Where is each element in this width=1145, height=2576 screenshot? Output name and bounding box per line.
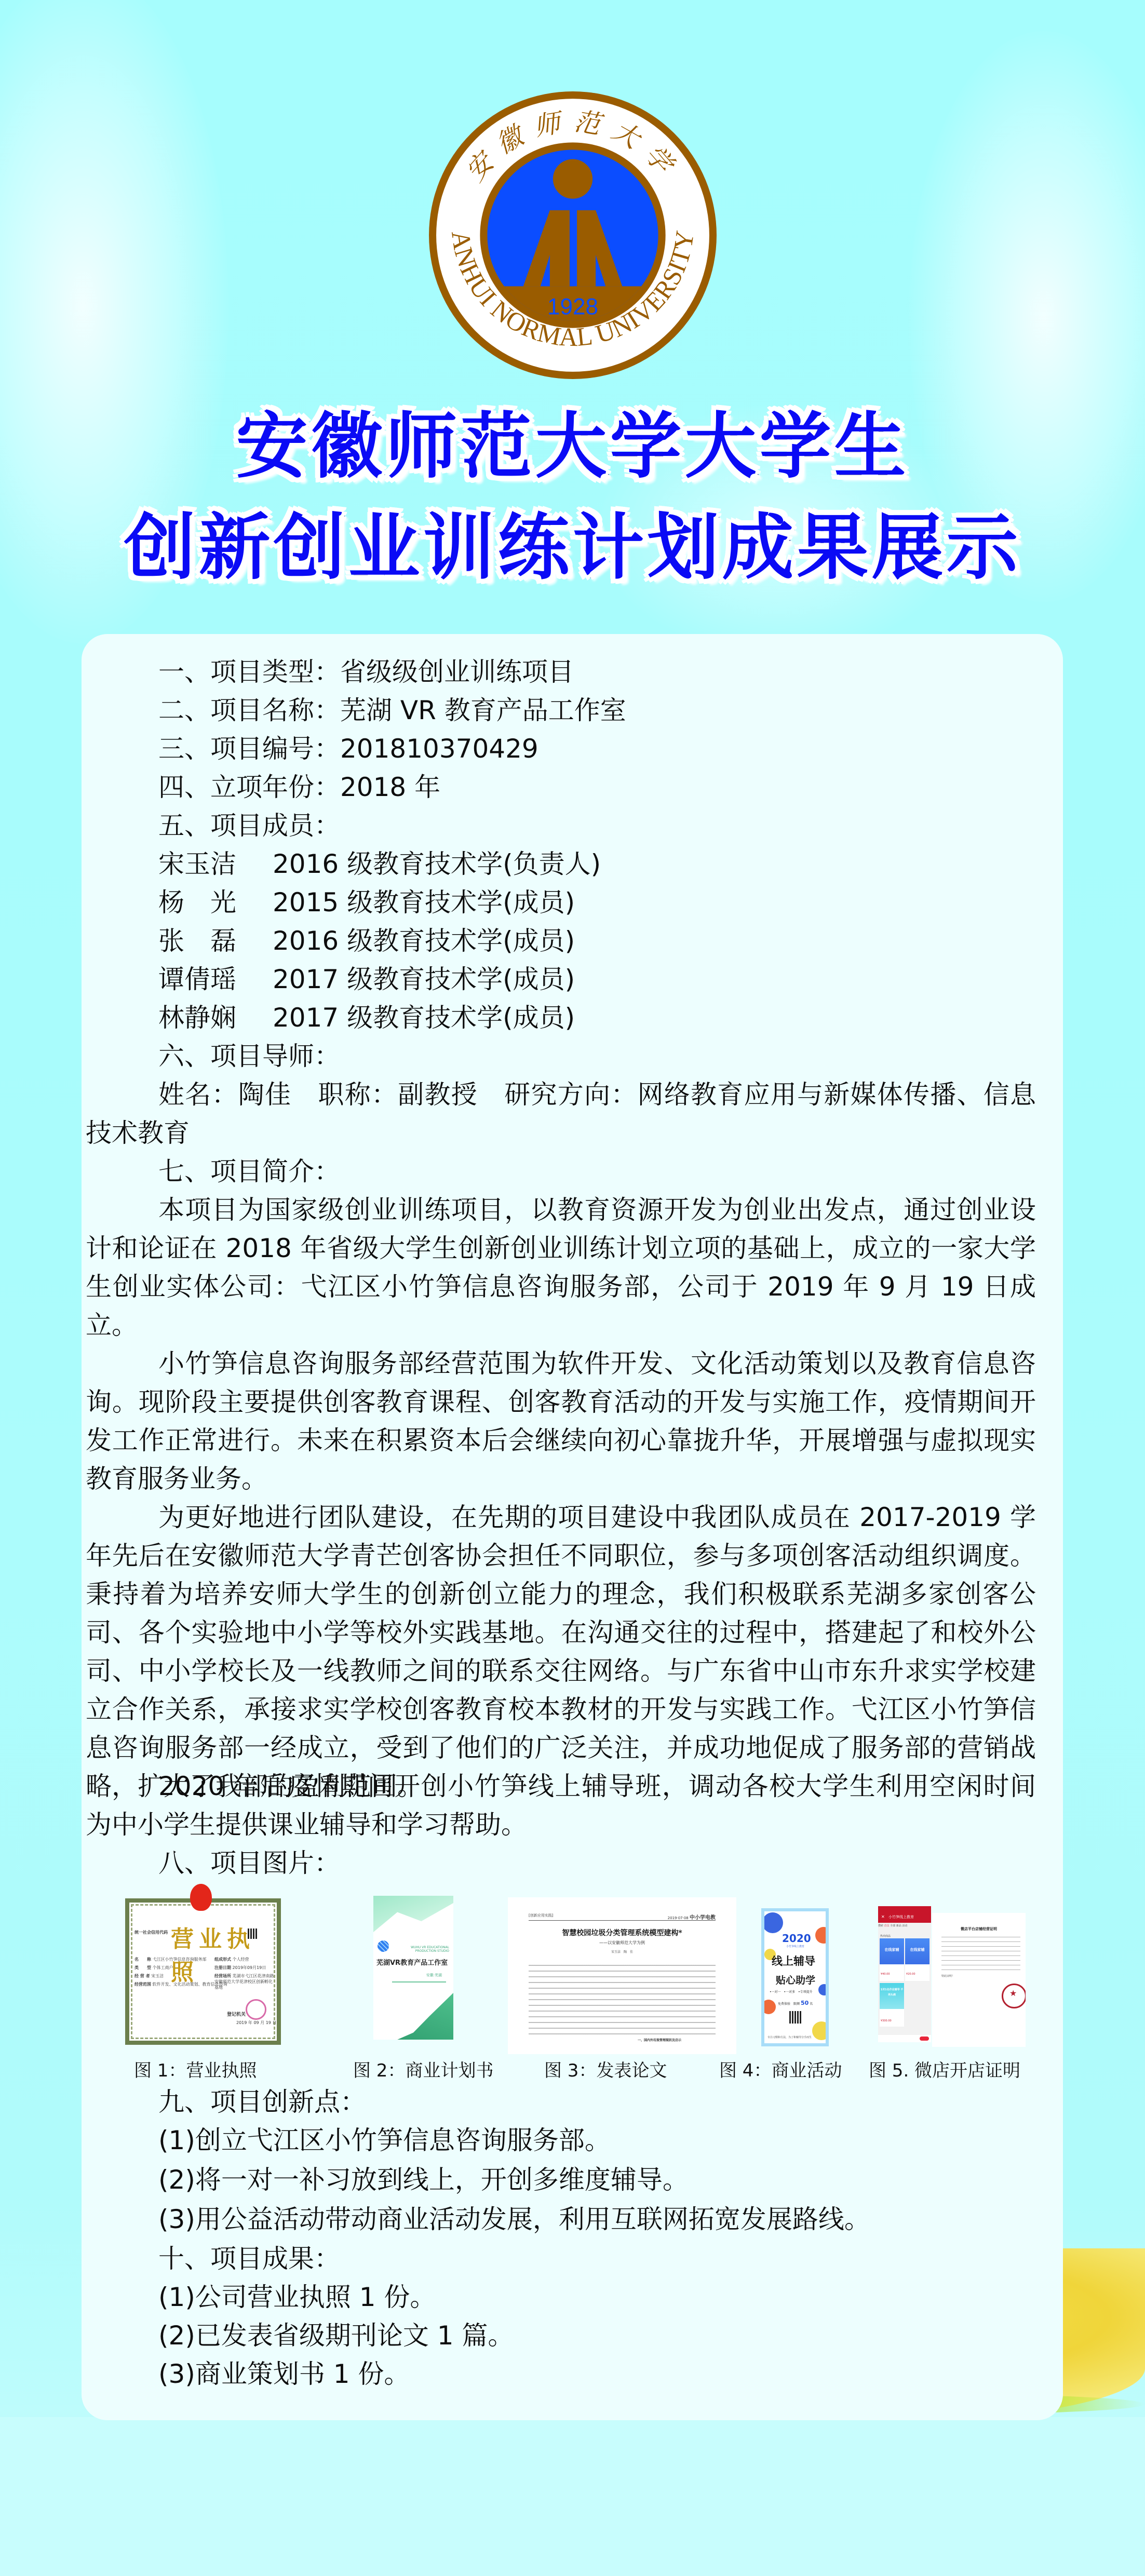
university-logo: 1928 安徽师范大学 ANHUI NORMAL UNIVERSITY	[427, 89, 719, 381]
intro-paragraph: 2020 年后疫情期间开创小竹笋线上辅导班，调动各校大学生利用空闲时间为中小学生…	[86, 1767, 1036, 1844]
license-operator-value: 宋玉洁	[151, 1974, 164, 1978]
business-license-image: 营业执照 统一社会信用代码 名 称 弋江区小竹笋信息咨询服务部 类 型 个体工商…	[125, 1884, 281, 2048]
info-project-year: 四、立项年份：2018 年	[158, 768, 440, 806]
page-title-line-2: 创新创业训练计划成果展示	[0, 506, 1145, 589]
license-form-row: 组成形式 个人经营	[214, 1957, 249, 1962]
license-scope-label: 经营范围	[134, 1982, 151, 1987]
member-name: 杨 光	[158, 883, 273, 922]
license-regdate-row: 注册日期 2019年09月19日	[214, 1965, 266, 1971]
certificate-sign: 特此证明！	[941, 1974, 954, 1978]
members-heading: 五、项目成员：	[158, 806, 340, 845]
paper-section-heading: 一、国内外垃圾管理现状及启示	[638, 2038, 681, 2042]
decor-circle	[761, 2000, 776, 2014]
license-name-value: 弋江区小竹笋信息咨询服务部	[153, 1957, 207, 1962]
innovation-heading: 九、项目创新点：	[158, 2083, 366, 2121]
info-label: 二、项目名称：	[158, 695, 340, 725]
results-item: (2)已发表省级期刊论文 1 篇。	[158, 2316, 514, 2355]
member-detail: 2017 级教育技术学(成员)	[273, 1003, 575, 1033]
tab-all: 全部	[890, 1924, 895, 1927]
paper-date: 2019·07·08	[668, 1916, 689, 1920]
member-row: 杨 光2015 级教育技术学(成员)	[158, 883, 575, 922]
member-row: 张 磊2016 级教育技术学(成员)	[158, 922, 575, 960]
poster-footer: 专注习惯和方法，为了和辅导分手而生	[767, 2035, 812, 2039]
license-authority: 登记机关	[227, 2011, 246, 2017]
tab-activity: 活动	[902, 1924, 907, 1927]
info-label: 三、项目编号：	[158, 734, 340, 764]
info-label: 一、项目类型：	[158, 657, 340, 687]
pictures-heading: 八、项目图片：	[158, 1844, 340, 1882]
plan-location: 安徽·芜湖	[426, 1973, 442, 1978]
license-credit-code-label: 统一社会信用代码	[134, 1930, 168, 1935]
paper-body-text	[529, 1965, 716, 2038]
certificate-title: 微店平台店铺经营证明	[932, 1926, 1026, 1932]
member-name: 宋玉洁	[158, 845, 273, 883]
mentor-heading: 六、项目导师：	[158, 1037, 340, 1075]
product-banner: 在线家辅	[905, 1938, 930, 1964]
product-card: 在线家辅 ¥20.00	[905, 1938, 930, 1981]
poster-headline: 线上辅导	[772, 1953, 815, 1968]
member-name: 张 磊	[158, 922, 273, 960]
member-row: 谭倩瑶2017 级教育技术学(成员)	[158, 960, 575, 999]
caption-business-activity: 图 4：商业活动	[719, 2056, 842, 2082]
product-card: 在线家辅 ¥40.00	[880, 1938, 904, 1981]
license-form-value: 个人经营	[233, 1957, 249, 1962]
decor-circle	[762, 1912, 783, 1933]
app-header: ✕ 小竹笋线上教育	[878, 1906, 931, 1923]
plan-decoration-bottom	[373, 1993, 453, 2040]
follow-button	[920, 2036, 929, 2041]
member-row: 林静娴2017 级教育技术学(成员)	[158, 999, 575, 1037]
license-type-row: 类 型 个体工商户	[134, 1965, 173, 1971]
shop-app-screenshot: ✕ 小竹笋线上教育 搜索 首页 全部 新品 活动 热卖商品 在线家辅 ¥40.0…	[878, 1906, 931, 2042]
paper-authors: 宋玉洁 陶 佳	[508, 1949, 736, 1954]
poster-subhead: 贴心助学	[776, 1973, 815, 1987]
product-price: ¥40.00	[881, 1973, 890, 1976]
caption-business-plan: 图 2：商业计划书	[353, 2056, 493, 2082]
product-banner: 1对1名作业辅导 不再头痛	[880, 1983, 904, 2009]
paper-subtitle: ——以安徽师范大学为例	[508, 1940, 736, 1946]
product-card: 1对1名作业辅导 不再头痛 ¥300.00	[880, 1983, 904, 2027]
info-value: 2018 年	[340, 772, 440, 802]
license-name-label: 名 称	[134, 1957, 151, 1962]
product-price: ¥20.00	[906, 1973, 915, 1976]
plan-divider	[392, 1981, 446, 1982]
intro-heading: 七、项目简介：	[158, 1152, 340, 1191]
info-value: 201810370429	[340, 734, 538, 764]
paper-title: 智慧校园垃圾分类管理系统模型建构*	[508, 1927, 736, 1938]
caption-license: 图 1：营业执照	[134, 2056, 257, 2082]
license-type-label: 类 型	[134, 1965, 151, 1970]
member-detail: 2017 级教育技术学(成员)	[273, 964, 575, 994]
official-seal-icon	[246, 1999, 266, 2020]
decor-circle	[812, 2021, 829, 2040]
app-tabs: 搜索 首页 全部 新品 活动	[878, 1924, 931, 1931]
tab-new: 新品	[896, 1924, 901, 1927]
shop-certificate-image: 微店平台店铺经营证明 特此证明！	[932, 1913, 1026, 2047]
decor-circle	[815, 1927, 829, 1944]
innovation-item: (3)用公益活动带动商业活动发展，利用互联网拓宽发展路线。	[158, 2200, 870, 2238]
app-title: 小竹笋线上教育	[888, 1914, 914, 1920]
member-name: 林静娴	[158, 999, 273, 1037]
studio-logo-icon	[378, 1940, 389, 1952]
license-place-label: 经营场所	[214, 1974, 231, 1978]
poster-quota: 50	[801, 2000, 809, 2006]
license-date: 2019 年 09 月 19 日	[236, 2020, 276, 2026]
license-name-row: 名 称 弋江区小竹笋信息咨询服务部	[134, 1957, 207, 1962]
poster-quota-unit: 名	[810, 2002, 813, 2006]
member-row: 宋玉洁2016 级教育技术学(负责人)	[158, 845, 601, 883]
results-heading: 十、项目成果：	[158, 2240, 340, 2278]
qr-code-icon	[789, 2011, 802, 2024]
license-regdate-label: 注册日期	[214, 1965, 231, 1970]
license-operator-label: 经 营 者	[134, 1974, 150, 1978]
results-item: (1)公司营业执照 1 份。	[158, 2278, 436, 2316]
intro-paragraph: 本项目为国家级创业训练项目，以教育资源开发为创业出发点，通过创业设计和论证在 2…	[86, 1191, 1036, 1344]
intro-paragraph: 为更好地进行团队建设，在先期的项目建设中我团队成员在 2017-2019 学年先…	[86, 1498, 1036, 1805]
section-hot-products: 热卖商品	[880, 1934, 891, 1938]
paper-journal: 中小学电教	[690, 1915, 716, 1921]
logo-year: 1928	[547, 294, 598, 320]
plan-english-name: WUHU VR EDUCATIONAL PRODUCTION STUDIO	[408, 1946, 449, 1953]
national-emblem-icon	[190, 1884, 212, 1911]
paper-journal-row: 2019·07·08 中小学电教	[668, 1913, 716, 1921]
member-detail: 2016 级教育技术学(负责人)	[273, 849, 601, 879]
info-project-number: 三、项目编号：201810370429	[158, 730, 538, 768]
license-scope-row: 经营范围 软件开发、文化活动策划、教育信息咨询	[134, 1981, 227, 1987]
paper-column: [创新应用实践]	[529, 1913, 553, 1918]
published-paper-image: [创新应用实践] 2019·07·08 中小学电教 智慧校园垃圾分类管理系统模型…	[508, 1897, 736, 2054]
decor-circle	[818, 1984, 829, 1995]
plan-title: 芜湖VR教育产品工作室	[376, 1957, 448, 1967]
certificate-body	[941, 1937, 1020, 1973]
info-project-name: 二、项目名称：芜湖 VR 教育产品工作室	[158, 691, 626, 730]
member-detail: 2015 级教育技术学(成员)	[273, 887, 575, 918]
product-banner: 在线家辅	[880, 1938, 904, 1964]
info-project-type: 一、项目类型：省级级创业训练项目	[158, 653, 574, 691]
info-value: 省级级创业训练项目	[340, 657, 574, 687]
innovation-item: (2)将一对一补习放到线上，开创多维度辅导。	[158, 2161, 689, 2199]
plan-decoration-top	[373, 1896, 453, 1932]
results-item: (3)商业策划书 1 份。	[158, 2355, 410, 2393]
poster-free-label: 免费体验 限额	[778, 2002, 800, 2006]
license-form-label: 组成形式	[214, 1957, 231, 1962]
business-activity-poster: 2020 小竹笋线上教育 线上辅导 贴心助学 •一对一 •一对多 •专项提升 免…	[761, 1908, 829, 2046]
mentor-detail: 姓名：陶佳 职称：副教授 研究方向：网络教育应用与新媒体传播、信息技术教育	[86, 1075, 1036, 1152]
tab-home: 首页	[884, 1924, 890, 1927]
member-detail: 2016 级教育技术学(成员)	[273, 926, 575, 956]
page-title-line-1: 安徽师范大学大学生	[0, 405, 1145, 488]
business-plan-image: WUHU VR EDUCATIONAL PRODUCTION STUDIO 芜湖…	[373, 1896, 453, 2040]
product-price: ¥300.00	[881, 2019, 892, 2022]
intro-paragraph: 小竹笋信息咨询服务部经营范围为软件开发、文化活动策划以及教育信息咨询。现阶段主要…	[86, 1344, 1036, 1498]
caption-shop-certificate: 图 5. 微店开店证明	[869, 2056, 1020, 2082]
poster-tags: •一对一 •一对多 •专项提升	[770, 1989, 813, 1994]
paper-header: [创新应用实践] 2019·07·08 中小学电教	[529, 1913, 716, 1921]
tab-search: 搜索	[878, 1924, 883, 1927]
innovation-item: (1)创立弋江区小竹笋信息咨询服务部。	[158, 2121, 611, 2160]
qr-code-icon	[248, 1928, 258, 1939]
license-operator-row: 经 营 者 宋玉洁	[134, 1973, 164, 1979]
info-label: 四、立项年份：	[158, 772, 340, 802]
member-name: 谭倩瑶	[158, 960, 273, 999]
info-value: 芜湖 VR 教育产品工作室	[340, 695, 626, 725]
official-stamp-icon	[1002, 1984, 1026, 2008]
license-regdate-value: 2019年09月19日	[233, 1965, 266, 1970]
ground-background	[0, 2417, 1145, 2576]
poster-brand: 小竹笋线上教育	[786, 1945, 804, 1948]
poster-year: 2020	[782, 1932, 811, 1945]
caption-paper: 图 3：发表论文	[544, 2056, 667, 2082]
content-panel: 一、项目类型：省级级创业训练项目 二、项目名称：芜湖 VR 教育产品工作室 三、…	[82, 634, 1063, 2420]
close-icon: ✕	[881, 1914, 885, 1919]
poster-free-trial: 免费体验 限额 50 名	[778, 2000, 813, 2006]
license-type-value: 个体工商户	[153, 1965, 173, 1970]
license-place-row: 经营场所 芜湖市弋江区花津南路安徽师范大学花津校区创新孵化基地	[214, 1973, 276, 1990]
app-bottom-nav	[878, 2035, 931, 2042]
